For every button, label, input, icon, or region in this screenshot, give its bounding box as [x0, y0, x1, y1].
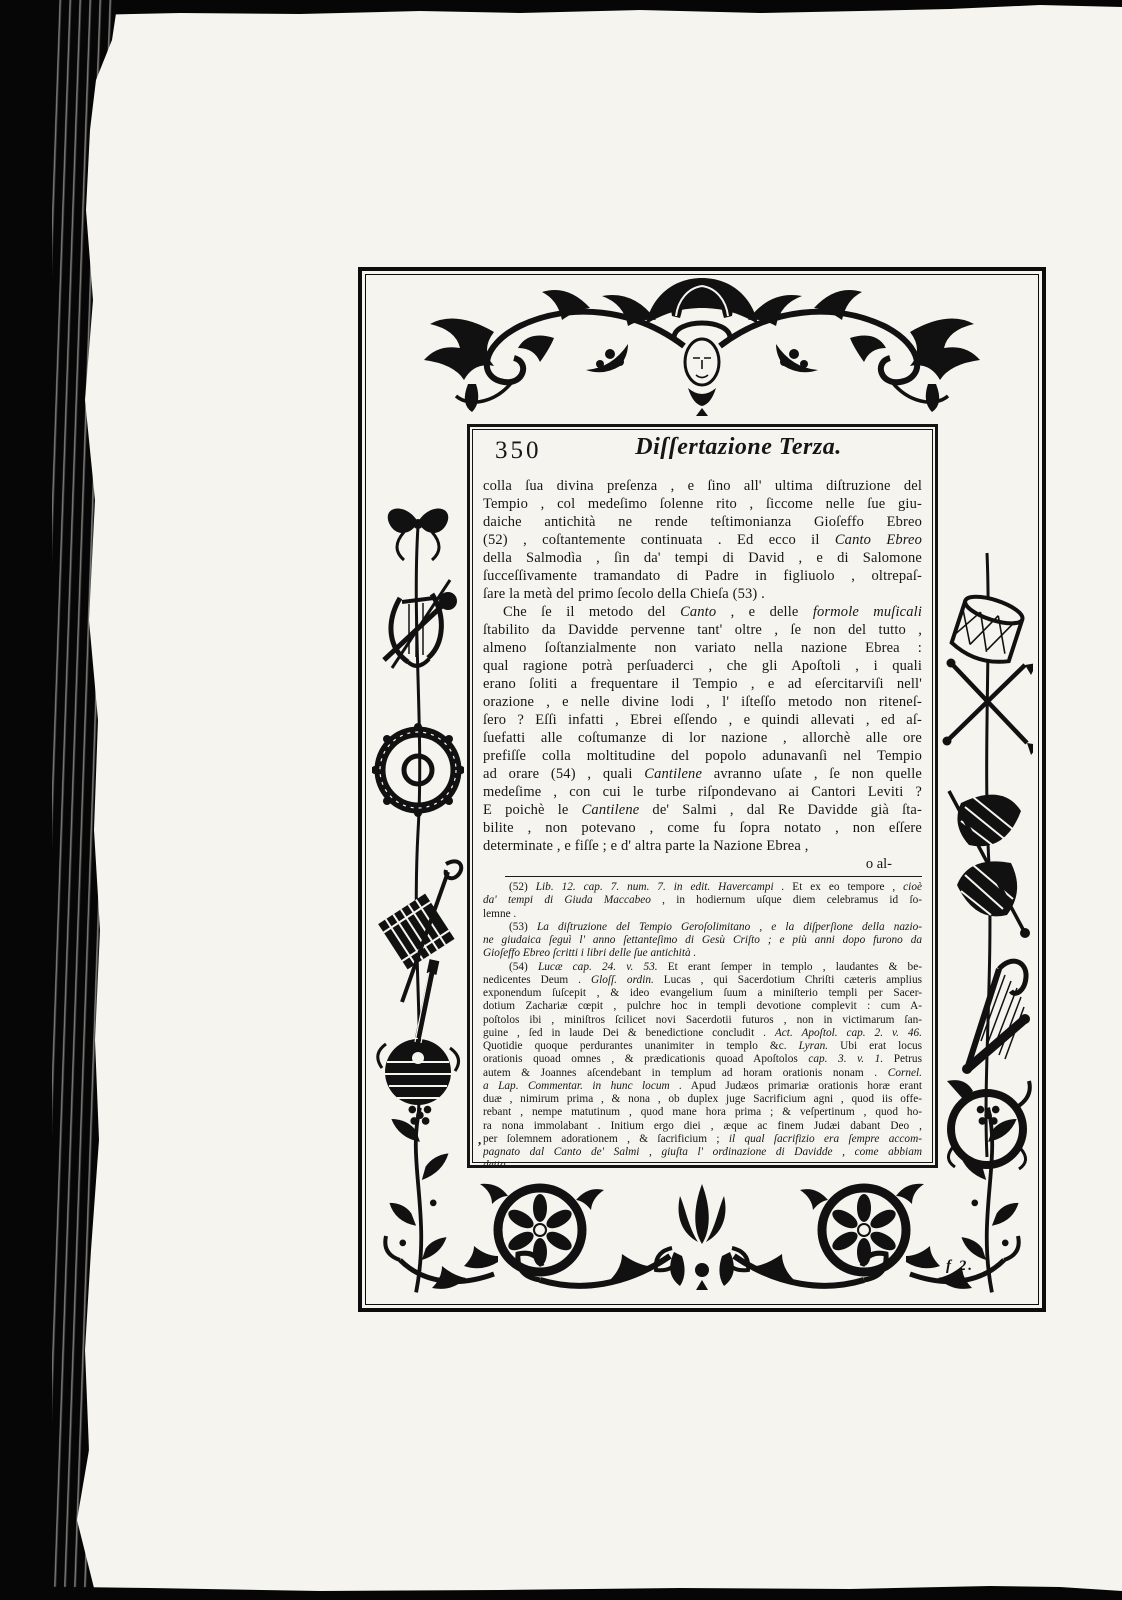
page-number: 350	[495, 437, 542, 465]
footnotes: (52) Lib. 12. cap. 7. num. 7. in edit. H…	[483, 881, 922, 1173]
text-line: Quotidie quoque perdurantes unanimiter i…	[483, 1040, 922, 1053]
text-block: 350 Diſſertazione Terza. colla ſua divin…	[467, 424, 938, 1168]
text-line: Tempio , col medeſimo ſolenne rito , ſic…	[483, 495, 922, 513]
text-line: per ſolemnem adorationem , & ſacrificium…	[483, 1133, 922, 1146]
paragraph: (54) Lucæ cap. 24. v. 53. Et erant ſempe…	[483, 961, 922, 1173]
book-page-scan: 350 Diſſertazione Terza. colla ſua divin…	[0, 0, 1122, 1600]
text-line: erano ſoliti a frequentare il Tempio , e…	[483, 675, 922, 693]
text-line: orationis quoad omnes , & prædicationis …	[483, 1053, 922, 1066]
paragraph: (52) Lib. 12. cap. 7. num. 7. in edit. H…	[483, 881, 922, 921]
text-line: prefiſſe colla moltitudine del popolo ad…	[483, 747, 922, 765]
catchword: o al-	[483, 855, 922, 873]
left-musical-trophy-ornament	[372, 502, 464, 1142]
text-line: Che ſe il metodo del Canto , e delle for…	[483, 603, 922, 621]
signature-mark: f 2.	[946, 1258, 974, 1275]
text-line: (52) Lib. 12. cap. 7. num. 7. in edit. H…	[483, 881, 922, 894]
right-musical-trophy-ornament	[941, 545, 1033, 1185]
text-line: (54) Lucæ cap. 24. v. 53. Et erant ſempe…	[483, 961, 922, 974]
text-line: daiche antichità ne rende teſtimonianza …	[483, 513, 922, 531]
text-line: orazione , e nelle divine lodi , l' iſte…	[483, 693, 922, 711]
panpipes-crook-icon	[378, 861, 461, 1002]
text-line: (52) , coſtantemente continuata . Ed ecc…	[483, 531, 922, 549]
headpiece-mask-cartouche-ornament	[372, 274, 1032, 424]
text-line: (53) La diſtruzione del Tempio Geroſolim…	[483, 921, 922, 934]
text-line: colla ſua divina preſenza , e ſino all' …	[483, 477, 922, 495]
text-line: detto .	[483, 1159, 922, 1172]
text-line: ne giudaica ſeguì l' anno ſettanteſimo d…	[483, 934, 922, 947]
scan-edge-top	[0, 0, 1122, 18]
lyre-trumpet-icon	[384, 580, 457, 668]
text-line: poſtolos ibi , miniſtros ſcilicet novi S…	[483, 1014, 922, 1027]
text-line: lemne .	[483, 908, 922, 921]
text-line: qual ragione potrà perſuaderci , che gli…	[483, 657, 922, 675]
body-text: colla ſua divina preſenza , e ſino all' …	[483, 477, 922, 855]
running-title: Diſſertazione Terza.	[573, 434, 904, 461]
text-line: determinate , e fiſſe ; e d' altra parte…	[483, 837, 922, 855]
paragraph: (53) La diſtruzione del Tempio Geroſolim…	[483, 921, 922, 961]
text-line: Gioſeffo Ebreo ſcritti i libri delle ſue…	[483, 947, 922, 960]
tambourine-icon	[372, 723, 464, 817]
paragraph: Che ſe il metodo del Canto , e delle for…	[483, 603, 922, 855]
text-line: rebant , nempe matutinum , quod mane hor…	[483, 1106, 922, 1119]
text-line: ſare la metà del primo ſecolo della Chie…	[483, 585, 922, 603]
text-line: pagnato dal Canto de' Salmi , giuſta l' …	[483, 1146, 922, 1159]
text-line: E poichè le Cantilene de' Salmi , dal Re…	[483, 801, 922, 819]
text-line: ſucceſſivamente tramandato di Padre in f…	[483, 567, 922, 585]
text-line: ad orare (54) , quali Cantilene avranno …	[483, 765, 922, 783]
page-header: 350 Diſſertazione Terza.	[483, 434, 922, 470]
text-block-inner-rule: 350 Diſſertazione Terza. colla ſua divin…	[472, 429, 933, 1163]
harp-icon	[962, 961, 1030, 1074]
stray-ink-mark: ,	[478, 1132, 481, 1148]
text-line: della Salmodìa , ſin da' tempi di David …	[483, 549, 922, 567]
text-line: autem & Joannes aſcendebant in templum a…	[483, 1067, 922, 1080]
text-line: nedicentes Deum . Gloſſ. ordin. Lucas , …	[483, 974, 922, 987]
text-line: ſero ? Eſſi infatti , Ebrei eſſendo , e …	[483, 711, 922, 729]
text-line: almeno ſoſtanzialmente non variato nella…	[483, 639, 922, 657]
text-line: guine , ſed in laude Dei & benedictione …	[483, 1027, 922, 1040]
text-line: exponendum ſuſcepit , & ideo evangelium …	[483, 987, 922, 1000]
text-line: duæ , nimirum prima , & nona , ob duplex…	[483, 1093, 922, 1106]
text-line: dotium Zachariæ cœpit , pulchre hoc in t…	[483, 1000, 922, 1013]
text-line: ſtabilito da Davidde pervenne tant' oltr…	[483, 621, 922, 639]
scan-edge-texture	[52, 0, 114, 1600]
text-line: medeſime , con cui le turbe riſpondevano…	[483, 783, 922, 801]
paragraph: colla ſua divina preſenza , e ſino all' …	[483, 477, 922, 603]
floral-spray-icon	[376, 1100, 460, 1300]
text-line: ra nona immolabant . Initium ergo diei ,…	[483, 1120, 922, 1133]
tailpiece-foliate-scroll-ornament	[372, 1174, 1032, 1300]
text-line: bilite , non potevano , come fu ſopra no…	[483, 819, 922, 837]
text-line: a Lap. Commentar. in hunc locum . Apud J…	[483, 1080, 922, 1093]
footnote-rule	[505, 876, 922, 877]
drum-icon	[950, 591, 1026, 668]
text-line: ſuefatti alle coſtumanze di lor nazione …	[483, 729, 922, 747]
text-line: da' tempi di Giuda Maccabeo , in hodiern…	[483, 894, 922, 907]
scan-edge-bottom	[0, 1582, 1122, 1600]
